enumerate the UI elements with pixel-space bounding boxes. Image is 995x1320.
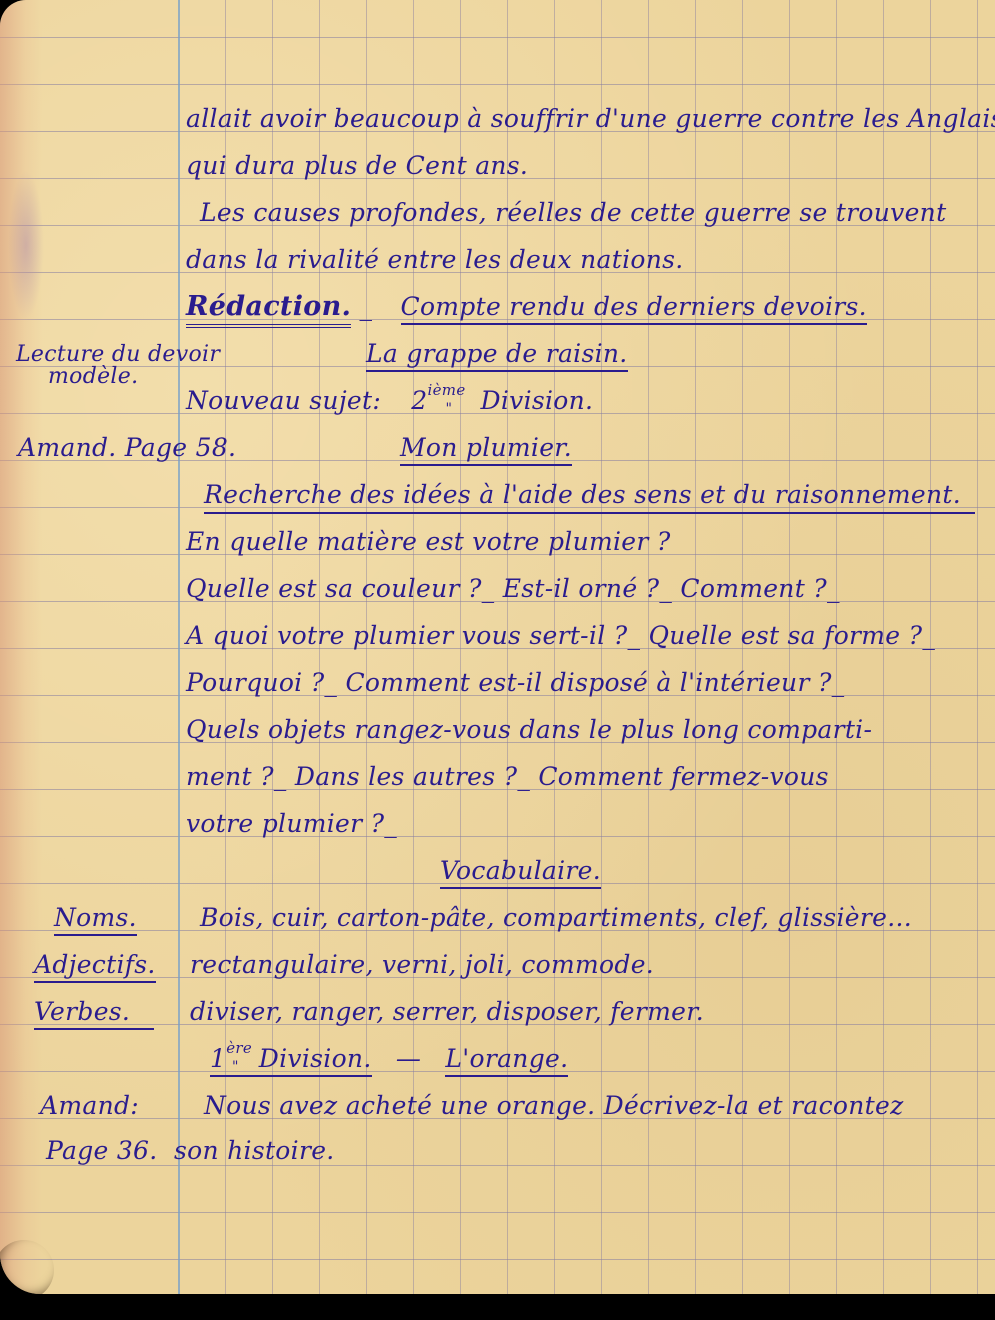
margin-ref-page-36: Page 36. [46, 1136, 158, 1166]
margin-ref-amand: Amand: [40, 1091, 139, 1121]
vocabulary-heading-row: Vocabulaire. [440, 856, 601, 886]
first-division-ditto: " [232, 1059, 239, 1075]
body-line-2: qui dura plus de Cent ans. [186, 151, 528, 181]
vocab-words-verbs: diviser, ranger, serrer, disposer, ferme… [190, 997, 704, 1027]
question-line-4: Pourquoi ?_ Comment est-il disposé à l'i… [186, 668, 844, 698]
ink-stain [8, 170, 44, 320]
vocab-label-nouns: Noms. [54, 903, 137, 933]
vocab-words-nouns: Bois, cuir, carton-pâte, compartiments, … [200, 903, 912, 933]
vocab-label-adjectifs: Adjectifs. [34, 950, 156, 983]
heading-separator: _ [359, 292, 372, 321]
new-subject-row: Nouveau sujet: 2ième" Division. [186, 386, 593, 420]
division-suffix: ième [428, 381, 466, 399]
first-division-row: 1ère"Division. — L'orange. [210, 1044, 568, 1078]
vocab-words-adjectives: rectangulaire, verni, joli, commode. [190, 950, 654, 980]
grid-line-horizontal [0, 1212, 995, 1213]
research-heading-row: Recherche des idées à l'aide des sens et… [204, 480, 975, 514]
first-division-group: 1ère"Division. [210, 1044, 372, 1077]
first-division-dash: — [396, 1044, 421, 1073]
new-subject-label: Nouveau sujet: [186, 386, 381, 415]
first-division-number: 1 [210, 1044, 226, 1073]
grid-line-vertical [977, 0, 978, 1294]
grid-line-horizontal [0, 84, 995, 85]
grappe-title: La grappe de raisin. [366, 339, 628, 372]
vocab-label-verbes: Verbes. [34, 997, 154, 1030]
orange-title: L'orange. [445, 1044, 568, 1077]
question-line-2: Quelle est sa couleur ?_ Est-il orné ?_ … [186, 574, 840, 604]
grid-line-horizontal [0, 37, 995, 38]
margin-line [178, 0, 180, 1294]
division-label: Division. [481, 386, 594, 415]
first-division-suffix: ère [226, 1039, 252, 1057]
orange-prompt-line-2: son histoire. [174, 1136, 335, 1166]
orange-prompt-line-1: Nous avez acheté une orange. Décrivez-la… [204, 1091, 904, 1121]
notebook-page: allait avoir beaucoup à souffrir d'une g… [0, 0, 995, 1294]
division-number: 2 [411, 386, 427, 415]
question-line-5: Quels objets rangez-vous dans le plus lo… [186, 715, 872, 745]
first-division-label: Division. [259, 1044, 372, 1073]
redaction-subheading: Compte rendu des derniers devoirs. [401, 292, 867, 325]
question-line-3: A quoi votre plumier vous sert-il ?_ Que… [186, 621, 935, 651]
body-line-4: dans la rivalité entre les deux nations. [186, 245, 684, 275]
vocab-label-verbs: Verbes. [34, 997, 154, 1027]
question-line-7: votre plumier ?_ [186, 809, 397, 839]
research-heading: Recherche des idées à l'aide des sens et… [204, 480, 975, 514]
grid-line-horizontal [0, 1259, 995, 1260]
subject-title-row: Mon plumier. [400, 433, 572, 463]
question-line-1: En quelle matière est votre plumier ? [186, 527, 671, 557]
grid-line-horizontal [0, 836, 995, 837]
margin-note-model: modèle. [48, 362, 138, 392]
composition-title: La grappe de raisin. [366, 339, 628, 369]
redaction-heading-row: Rédaction. _ Compte rendu des derniers d… [186, 292, 867, 322]
body-line-1: allait avoir beaucoup à souffrir d'une g… [186, 104, 995, 134]
subject-title: Mon plumier. [400, 433, 572, 466]
division-ditto: " [446, 401, 453, 417]
body-line-3: Les causes profondes, réelles de cette g… [200, 198, 946, 228]
vocab-label-noms: Noms. [54, 903, 137, 936]
question-line-6: ment ?_ Dans les autres ?_ Comment ferme… [186, 762, 829, 792]
vocabulary-heading: Vocabulaire. [440, 856, 601, 889]
margin-ref-amand-58: Amand. Page 58. [18, 433, 236, 463]
redaction-heading: Rédaction. [186, 291, 351, 328]
vocab-label-adjectives: Adjectifs. [34, 950, 156, 980]
